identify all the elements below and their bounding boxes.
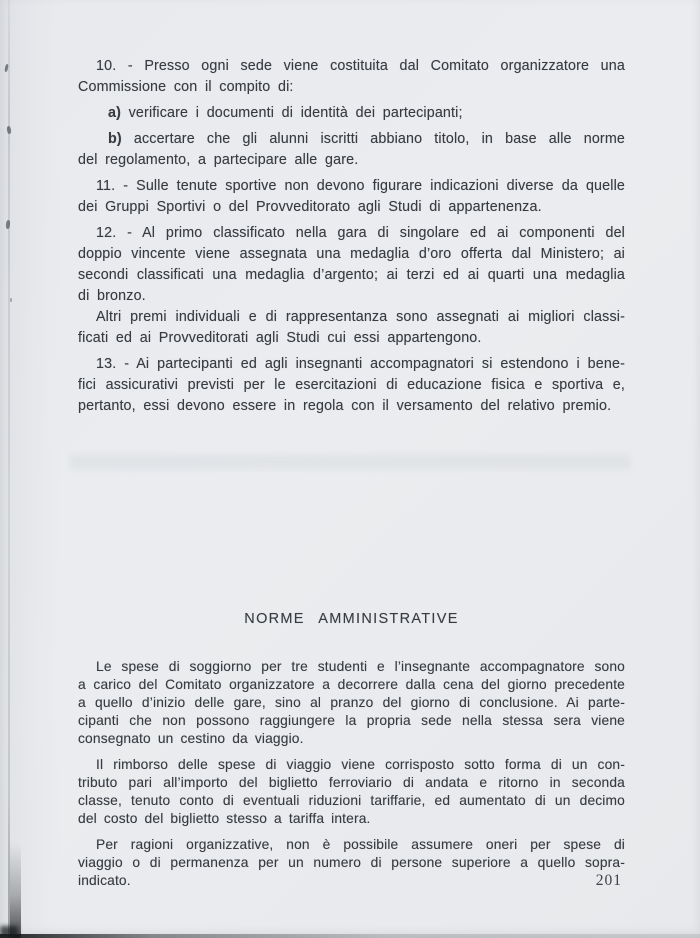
bottom-edge-shadow — [0, 934, 700, 938]
scan-speck — [10, 298, 12, 302]
paragraph: Le spese di soggiorno per tre studenti e… — [78, 658, 625, 748]
paragraph: a) verificare i documenti di identità de… — [78, 103, 625, 124]
binding-shadow — [10, 843, 21, 938]
text-line: pertanto, essi devono essere in regola c… — [78, 396, 625, 417]
paragraph: 10. - Presso ogni sede viene costituita … — [78, 56, 625, 98]
text-line: Commissione con il compito di: — [78, 77, 625, 98]
paragraph: Altri premi individuali e di rappresenta… — [78, 307, 625, 349]
text-line: cipanti che non possono raggiungere la p… — [78, 712, 625, 730]
text-line: doppio vincente viene assegnata una meda… — [78, 244, 625, 265]
paragraph: 12. - Al primo classificato nella gara d… — [78, 223, 625, 307]
text-line: ficati ed ai Provveditorati agli Studi c… — [78, 328, 625, 349]
text-line: 13. - Ai partecipanti ed agli insegnanti… — [78, 354, 625, 375]
document-page: 10. - Presso ogni sede viene costituita … — [0, 0, 700, 938]
text-line: a carico del Comitato organizzatore a de… — [78, 676, 625, 694]
text-line: secondi classificati una medaglia d’arge… — [78, 265, 625, 286]
text-line: Per ragioni organizzative, non è possibi… — [78, 836, 625, 854]
paragraph: 13. - Ai partecipanti ed agli insegnanti… — [78, 354, 625, 417]
text-line: dei Gruppi Sportivi o del Provveditorato… — [78, 197, 625, 218]
regulations-section: 10. - Presso ogni sede viene costituita … — [78, 0, 625, 417]
list-marker: b) — [108, 131, 122, 147]
text-line: del costo del biglietto stesso a tariffa… — [78, 810, 625, 828]
text-line: fici assicurativi previsti per le eserci… — [78, 375, 625, 396]
text-line: viaggio o di permanenza per un numero di… — [78, 854, 625, 872]
text-line: 11. - Sulle tenute sportive non devono f… — [78, 176, 625, 197]
administrative-section: Le spese di soggiorno per tre studenti e… — [78, 658, 625, 890]
text-line: 10. - Presso ogni sede viene costituita … — [78, 56, 625, 77]
paragraph: b) accertare che gli alunni iscritti abb… — [78, 129, 625, 171]
text-line: b) accertare che gli alunni iscritti abb… — [78, 129, 625, 150]
text-line: a quello d’inizio delle gare, sino al pr… — [78, 694, 625, 712]
list-marker: a) — [108, 105, 121, 121]
text-line: indicato. — [78, 872, 625, 890]
paragraph: Per ragioni organizzative, non è possibi… — [78, 836, 625, 890]
text-line: del regolamento, a partecipare alle gare… — [78, 150, 625, 171]
text-line: tributo pari all’importo del biglietto f… — [78, 774, 625, 792]
text-column: 10. - Presso ogni sede viene costituita … — [78, 0, 625, 890]
scan-edge-line — [8, 0, 10, 938]
paragraph: 11. - Sulle tenute sportive non devono f… — [78, 176, 625, 218]
paragraph: Il rimborso delle spese di viaggio viene… — [78, 756, 625, 828]
text-line: a) verificare i documenti di identità de… — [78, 103, 625, 124]
scan-speck — [6, 126, 11, 134]
text-line: classe, tenuto conto di eventuali riduzi… — [78, 792, 625, 810]
text-line: consegnato un cestino da viaggio. — [78, 730, 625, 748]
text-line: di bronzo. — [78, 286, 625, 307]
text-line: Il rimborso delle spese di viaggio viene… — [78, 756, 625, 774]
corner-shadow — [0, 926, 18, 938]
page-number: 201 — [596, 872, 622, 890]
text-line: Altri premi individuali e di rappresenta… — [78, 307, 625, 328]
text-line: Le spese di soggiorno per tre studenti e… — [78, 658, 625, 676]
text-line: 12. - Al primo classificato nella gara d… — [78, 223, 625, 244]
section-heading: NORME AMMINISTRATIVE — [78, 609, 625, 630]
